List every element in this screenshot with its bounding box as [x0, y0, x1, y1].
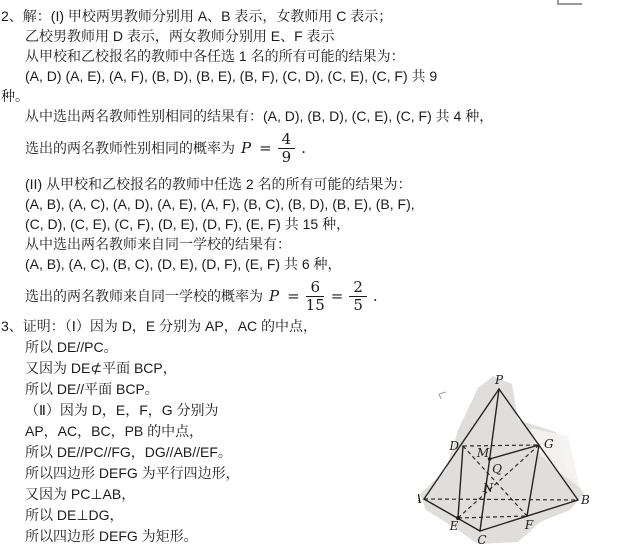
formula-2-variable: P [263, 287, 283, 305]
vertex-label-Q: Q [492, 462, 502, 476]
vertex-label-P: P [494, 373, 504, 387]
tetrahedron-diagram: P D G M Q N A B E F C [418, 370, 598, 548]
formula-2-prefix: 选出的两名教师来自同一学校的概率为 [25, 286, 263, 306]
p2-line-11: (A, B), (A, C), (B, C), (D, E), (D, F), … [0, 254, 641, 274]
p2-line-3: 从甲校和乙校报名的教师中各任选 1 名的所有可能的结果为： [0, 46, 641, 66]
p2-line-6: 从中选出两名教师性别相同的结果有：(A, D), (B, D), (C, E),… [0, 106, 641, 126]
formula-2-equals-1: = [283, 287, 304, 305]
vertex-label-G: G [544, 437, 554, 451]
formula-1-prefix: 选出的两名教师性别相同的概率为 [25, 138, 235, 158]
formula-2-equals-2: = [327, 287, 348, 305]
vertex-label-D: D [448, 439, 459, 453]
p3-line-2: 所以 DE//PC。 [0, 337, 641, 358]
p2-line-9: (C, D), (C, E), (C, F), (D, E), (D, F), … [0, 214, 641, 234]
p2-line-4: (A, D) (A, E), (A, F), (B, D), (B, E), (… [0, 66, 641, 86]
vertex-label-E: E [449, 519, 459, 533]
probability-formula-2: 选出的两名教师来自同一学校的概率为P=615=25. [0, 278, 641, 314]
fraction-6-15: 615 [306, 280, 325, 313]
vertex-label-C: C [477, 533, 486, 547]
p2-line-8: (A, B), (A, C), (A, D), (A, E), (A, F), … [0, 194, 641, 214]
formula-1-equals: = [255, 139, 276, 157]
p2-line-7: (II) 从甲校和乙校报名的教师中任选 2 名的所有可能的结果为： [0, 174, 641, 194]
textbox-border-fragment [557, 0, 582, 5]
vertex-label-M: M [476, 446, 490, 460]
vertex-label-N: N [482, 481, 494, 495]
p3-line-1: 3、证明：（Ⅰ）因为 D，E 分别为 AP，AC 的中点， [0, 316, 641, 337]
vertex-label-F: F [524, 518, 534, 532]
probability-formula-1: 选出的两名教师性别相同的概率为P=49. [0, 130, 641, 166]
scan-tick-mark [439, 392, 446, 399]
vertex-label-A: A [418, 492, 422, 506]
fraction-4-9: 49 [278, 132, 296, 165]
p2-line-1: 2、解：(I) 甲校两男教师分别用 A、B 表示，女教师用 C 表示； [0, 6, 641, 26]
p2-line-10: 从中选出两名教师来自同一学校的结果有： [0, 234, 641, 254]
fraction-2-5: 25 [349, 280, 367, 313]
p2-line-2: 乙校男教师用 D 表示，两女教师分别用 E、F 表示 [0, 26, 641, 46]
vertex-label-B: B [580, 493, 590, 507]
p2-line-5: 种。 [0, 86, 641, 106]
formula-1-variable: P [235, 139, 255, 157]
geometry-figure: P D G M Q N A B E F C [418, 370, 598, 548]
formula-2-period: . [369, 287, 382, 305]
formula-1-period: . [297, 139, 310, 157]
